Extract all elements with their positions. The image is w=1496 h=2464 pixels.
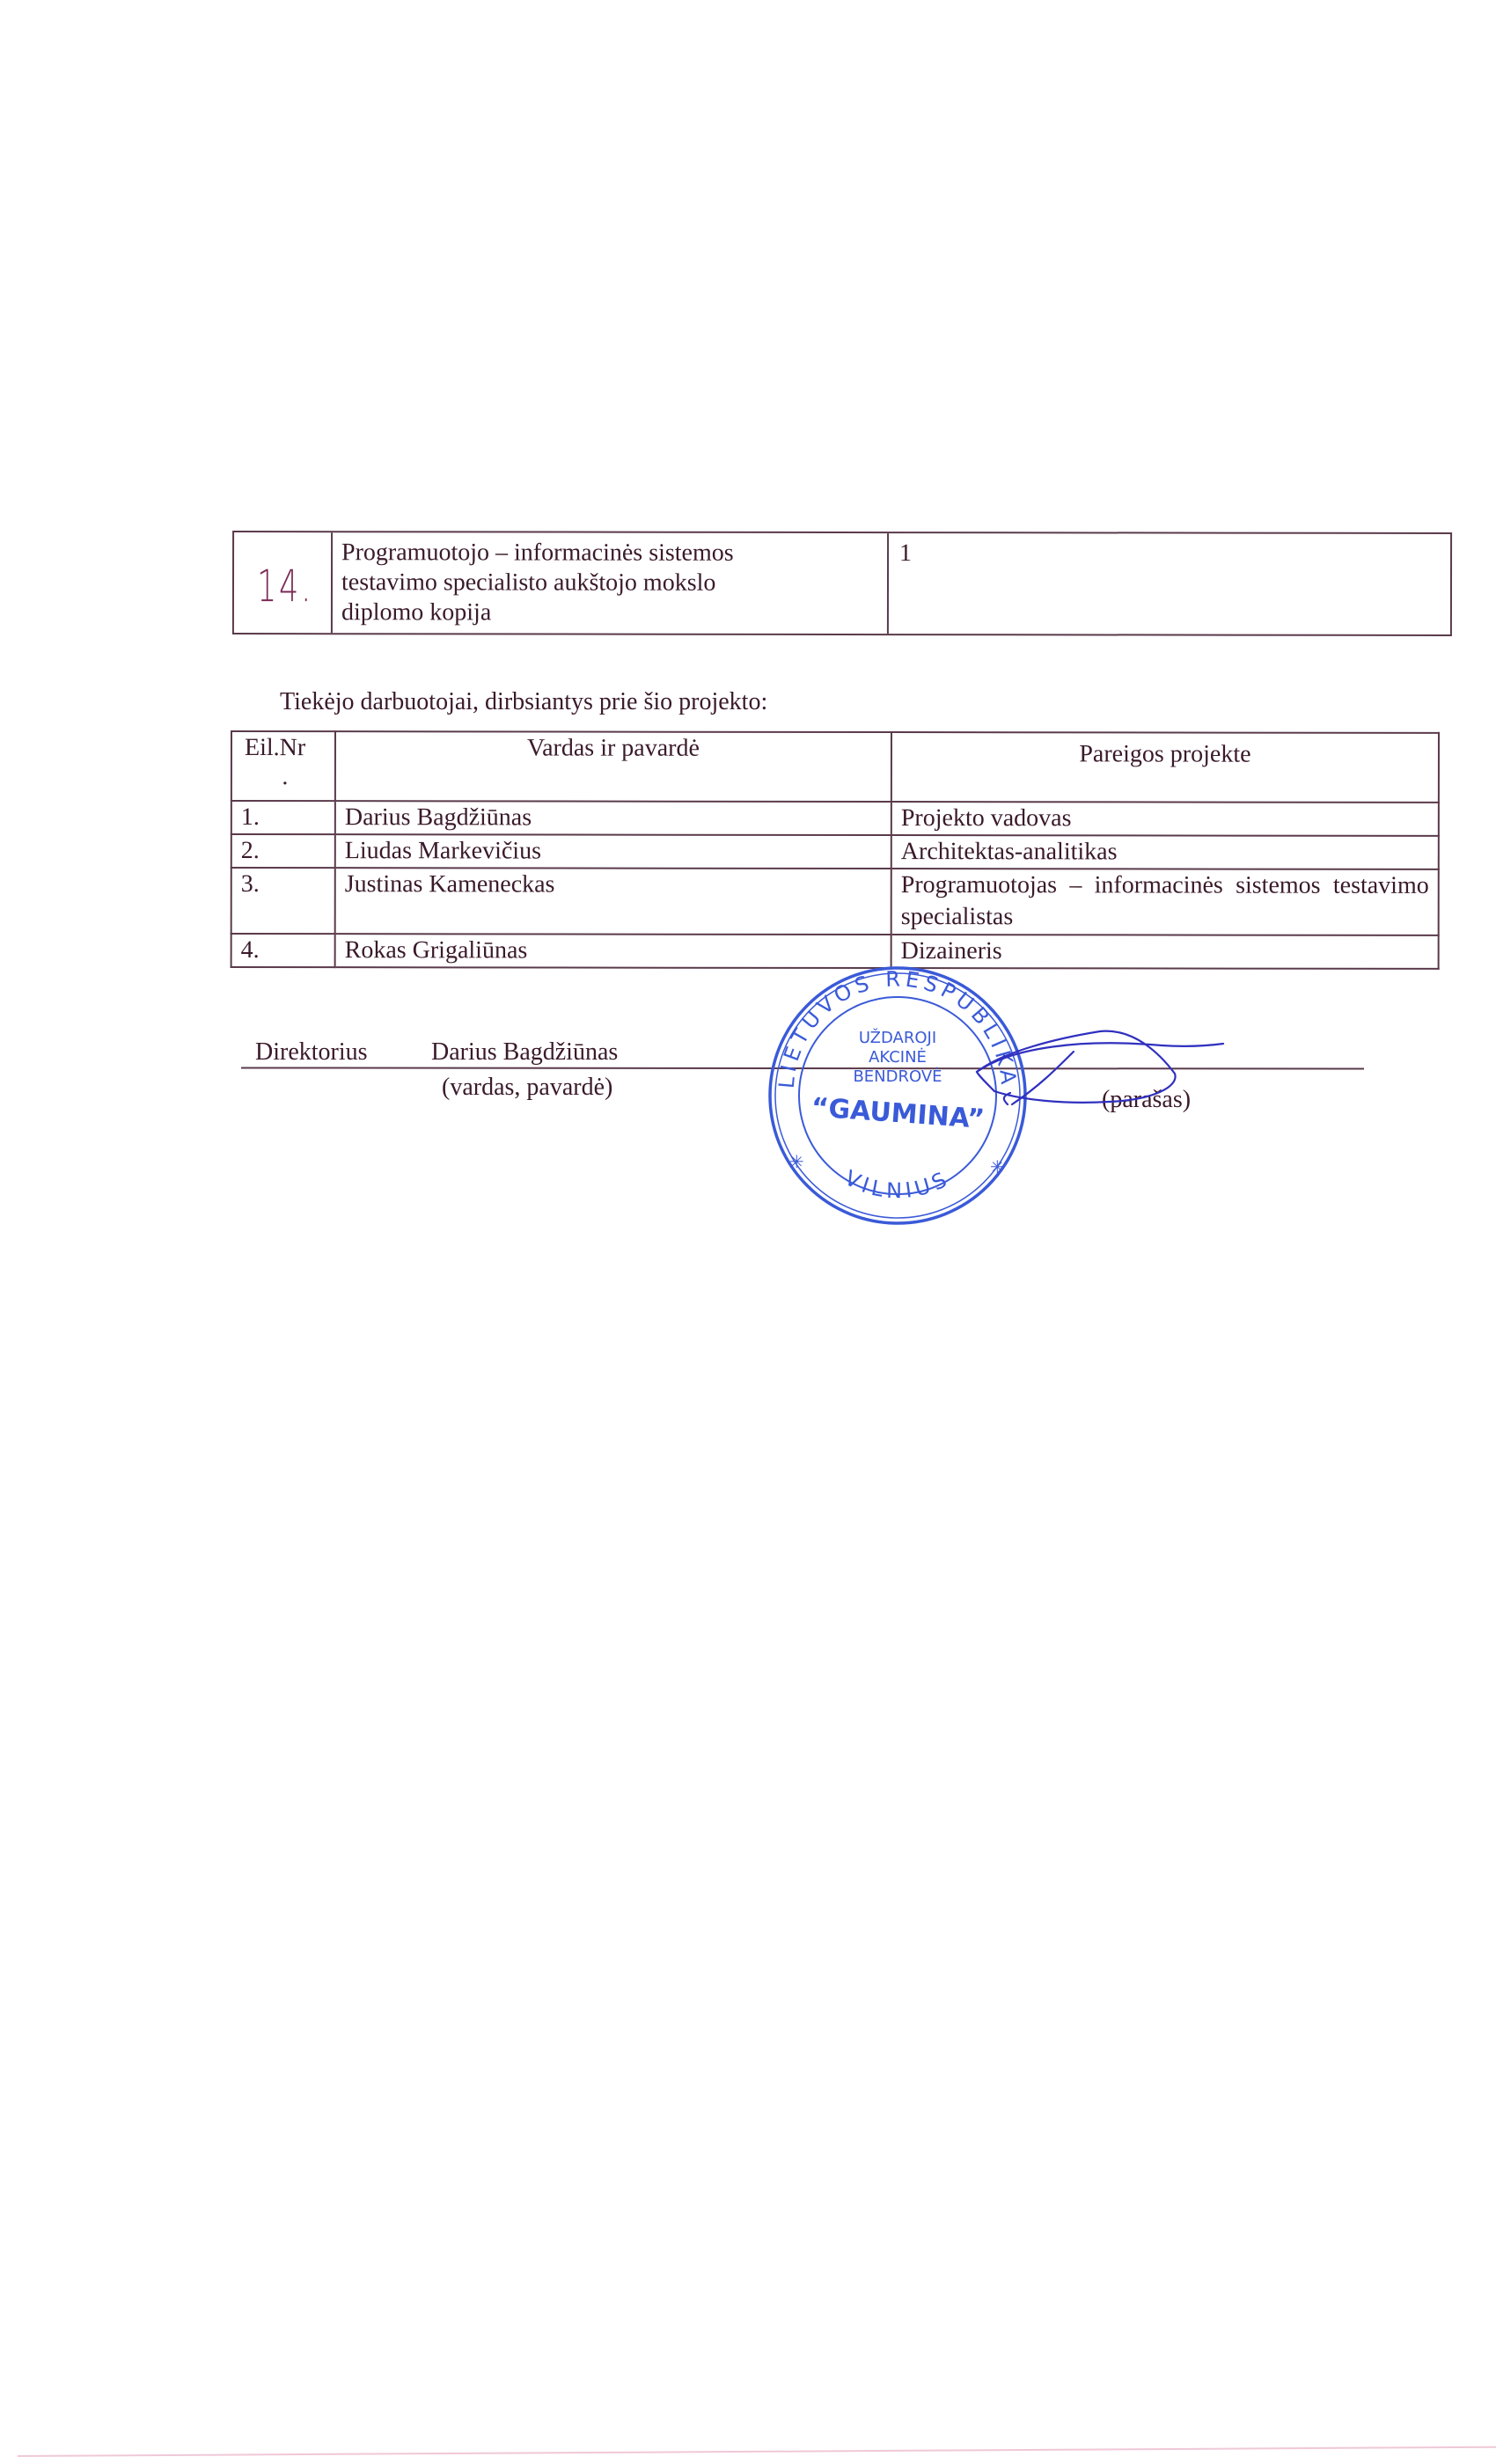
quantity-cell: 1 — [889, 533, 1450, 634]
row-number: 4. — [231, 934, 335, 967]
row-number-cell: 14. — [234, 532, 333, 633]
header-role: Pareigos projekte — [891, 732, 1439, 803]
staff-intro-text: Tiekėjo darbuotojai, dirbsiantys prie ši… — [280, 688, 767, 716]
document-name-cell: Programuotojo – informacinės sistemos te… — [333, 532, 889, 634]
table-row: 1. Darius Bagdžiūnas Projekto vadovas — [231, 801, 1439, 836]
header-number-label: Eil.Nr — [245, 734, 305, 761]
document-name-line: testavimo specialisto aukštojo mokslo — [341, 568, 878, 598]
document-name-line: Programuotojo – informacinės sistemos — [341, 538, 878, 568]
quantity-value: 1 — [899, 539, 912, 567]
requirements-table: 14. Programuotojo – informacinės sistemo… — [232, 531, 1452, 636]
table-row: 3. Justinas Kameneckas Programuotojas – … — [231, 868, 1439, 935]
handwritten-signature-icon — [959, 1021, 1250, 1135]
row-number: 3. — [231, 868, 335, 934]
stamp-line1: UŽDAROJI — [859, 1028, 936, 1047]
row-name: Darius Bagdžiūnas — [335, 801, 891, 835]
stamp-line3: BENDROVĖ — [853, 1067, 942, 1086]
row-number: 2. — [231, 834, 335, 868]
header-number-suffix: . — [245, 764, 326, 790]
document-name-line: diplomo kopija — [341, 598, 878, 628]
scan-edge-line — [18, 2446, 1496, 2457]
row-name: Liudas Markevičius — [335, 834, 891, 869]
row-role: Projekto vadovas — [891, 802, 1439, 836]
stamp-ring-bottom: VILNIUS — [840, 1165, 954, 1203]
svg-text:✳: ✳ — [990, 1156, 1005, 1177]
handwritten-row-number: 14. — [257, 561, 313, 612]
header-name: Vardas ir pavardė — [335, 731, 891, 802]
header-number: Eil.Nr . — [231, 731, 335, 801]
svg-text:VILNIUS: VILNIUS — [840, 1165, 954, 1203]
table-row: 2. Liudas Markevičius Architektas-analit… — [231, 834, 1439, 869]
staff-table-header: Eil.Nr . Vardas ir pavardė Pareigos proj… — [231, 731, 1439, 803]
svg-text:✳: ✳ — [789, 1151, 804, 1172]
row-number: 1. — [231, 801, 335, 834]
staff-table: Eil.Nr . Vardas ir pavardė Pareigos proj… — [231, 730, 1440, 970]
stamp-line2: AKCINĖ — [869, 1048, 927, 1067]
row-role: Architektas-analitikas — [891, 835, 1439, 869]
name-hint: (vardas, pavardė) — [442, 1074, 612, 1102]
document-page: 14. Programuotojo – informacinės sistemo… — [0, 0, 1496, 2464]
signer-name: Darius Bagdžiūnas — [431, 1038, 618, 1067]
row-role: Programuotojas – informacinės sistemos t… — [891, 869, 1439, 935]
row-name: Justinas Kameneckas — [335, 868, 891, 935]
signer-position: Direktorius — [255, 1038, 368, 1067]
